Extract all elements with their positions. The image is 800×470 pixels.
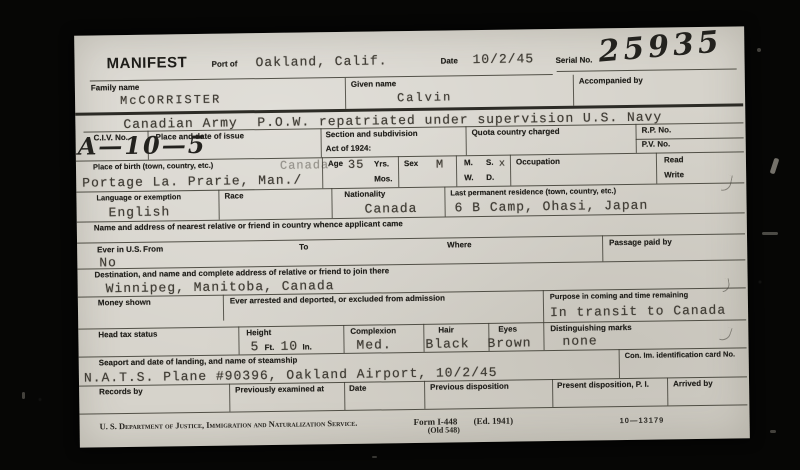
purpose-divider (543, 290, 544, 322)
hair-label: Hair (438, 326, 454, 335)
manifest-title: MANIFEST (106, 55, 187, 71)
film-speck (770, 430, 776, 433)
head-tax-label: Head tax status (98, 331, 157, 341)
place-of-birth-label: Place of birth (town, country, etc.) (93, 162, 213, 172)
birth-divider-5 (656, 153, 657, 184)
print-code: 10—13179 (620, 416, 665, 424)
widowed-label: W. (464, 174, 473, 183)
to-label: To (299, 243, 308, 252)
divorced-label: D. (486, 174, 494, 183)
given-name-label: Given name (351, 80, 396, 89)
records-row-rule (79, 404, 747, 414)
pv-no-label: P.V. No. (642, 140, 671, 149)
present-disposition-label: Present disposition, P. I. (557, 381, 649, 391)
where-label: Where (447, 241, 472, 250)
form-old-number: (Old 548) (428, 426, 460, 434)
height-ft-value: 5 (250, 339, 259, 354)
birth-divider-3 (456, 155, 457, 186)
name-divider-2 (573, 75, 574, 106)
records-by-label: Records by (99, 388, 143, 397)
hair-value: Black (425, 336, 469, 352)
pencil-mark (719, 326, 732, 343)
records-date-label: Date (349, 385, 366, 394)
film-scratch (762, 232, 778, 235)
sex-value: M (436, 158, 444, 172)
records-divider-5 (667, 377, 668, 405)
accompanied-by-label: Accompanied by (579, 77, 643, 87)
records-divider-4 (552, 379, 553, 407)
section-subdivision-label: Section and subdivision (326, 130, 418, 140)
race-label: Race (224, 192, 243, 201)
agency-imprint: U. S. Department of Justice, Immigration… (100, 419, 358, 431)
read-label: Read (664, 156, 684, 165)
form-edition: (Ed. 1941) (474, 417, 514, 427)
birth-divider-4 (510, 155, 511, 186)
last-residence-label: Last permanent residence (town, country,… (450, 187, 616, 198)
records-divider-2 (344, 382, 345, 410)
eyes-label: Eyes (498, 326, 517, 335)
film-speck (372, 456, 377, 458)
from-label: From (143, 245, 163, 254)
language-label: Language or exemption (96, 193, 181, 202)
height-in-value: 10 (280, 339, 298, 354)
complexion-value: Med. (356, 337, 391, 352)
mos-label: Mos. (374, 175, 392, 184)
age-label: Age (328, 160, 343, 169)
previous-disposition-label: Previous disposition (430, 383, 509, 393)
serial-value-handwritten: 25935 (597, 24, 724, 69)
family-name-label: Family name (91, 84, 140, 93)
height-label: Height (246, 329, 271, 338)
seaport-landing-label: Seaport and date of landing, and name of… (99, 357, 298, 369)
distinguishing-marks-value: none (562, 333, 597, 348)
passage-divider (602, 235, 603, 261)
civ-divider-2 (320, 128, 321, 157)
purpose-value: In transit to Canada (550, 303, 726, 320)
act-1924-label: Act of 1924: (326, 145, 371, 154)
passage-paid-label: Passage paid by (609, 238, 672, 248)
nationality-value: Canada (365, 201, 418, 217)
date-label: Date (440, 57, 457, 66)
landing-divider (619, 349, 620, 378)
purpose-label: Purpose in coming and time remaining (550, 291, 688, 301)
rp-pv-rule (636, 137, 744, 140)
lang-divider-3 (444, 187, 445, 217)
rp-no-label: R.P. No. (641, 126, 671, 135)
pencil-mark (721, 278, 731, 292)
records-divider-1 (229, 384, 230, 412)
phys-divider-1 (238, 326, 239, 354)
records-divider-3 (424, 381, 425, 409)
yrs-label: Yrs. (374, 160, 389, 169)
marital-status-mark: x (499, 159, 506, 170)
family-name-value: McCORRISTER (120, 93, 221, 108)
sex-label: Sex (404, 160, 418, 169)
last-residence-value: 6 B Camp, Ohasi, Japan (454, 198, 648, 216)
manifest-card: MANIFEST Port of Oakland, Calif. Date 10… (74, 26, 750, 447)
serial-label: Serial No. (556, 56, 593, 65)
quota-country-label: Quota country charged (472, 128, 560, 138)
place-of-birth-value: Portage La. Prarie, Man./ (82, 173, 302, 191)
destination-label: Destination, and name and complete addre… (94, 267, 389, 280)
lang-divider-1 (218, 190, 219, 220)
phys-divider-2 (343, 325, 344, 353)
birth-country-ghost: Canada (280, 158, 329, 173)
film-speck (757, 48, 761, 52)
name-divider-1 (345, 78, 346, 109)
married-label: M. (464, 159, 473, 168)
single-label: S. (486, 159, 494, 168)
ever-arrested-label: Ever arrested and deported, or excluded … (230, 295, 445, 307)
ever-us-row-rule (77, 259, 745, 269)
con-im-card-label: Con. Im. identification card No. (625, 351, 736, 361)
nearest-relative-label: Name and address of nearest relative or … (94, 220, 403, 233)
date-value: 10/2/45 (472, 51, 534, 67)
write-label: Write (664, 171, 684, 180)
port-label: Port of (212, 60, 238, 69)
occupation-label: Occupation (516, 158, 560, 167)
distinguishing-marks-label: Distinguishing marks (550, 324, 631, 334)
language-value: English (109, 204, 171, 220)
admission-row-rule (78, 319, 746, 329)
header-rule (90, 74, 553, 81)
nationality-label: Nationality (344, 190, 385, 199)
phys-divider-5 (543, 322, 544, 350)
eyes-value: Brown (487, 335, 531, 351)
phys-divider-3 (423, 324, 424, 352)
port-value: Oakland, Calif. (255, 53, 387, 70)
lang-divider-2 (331, 188, 332, 218)
money-shown-label: Money shown (98, 299, 151, 309)
serial-rule (557, 68, 737, 72)
civ-no-handwritten: A—10—5 (77, 130, 206, 161)
birth-divider-2 (398, 156, 399, 187)
arrived-by-label: Arrived by (673, 380, 713, 389)
money-divider (223, 295, 224, 321)
ever-in-us-label: Ever in U.S. (97, 246, 142, 255)
previously-examined-label: Previously examined at (235, 385, 324, 395)
complexion-label: Complexion (350, 327, 396, 336)
age-value: 35 (348, 158, 365, 172)
in-label: In. (302, 343, 311, 352)
ft-label: Ft. (264, 344, 274, 353)
film-speck (22, 392, 25, 399)
civ-divider-3 (465, 126, 466, 155)
pencil-mark (721, 174, 733, 192)
given-name-value: Calvin (397, 90, 452, 105)
